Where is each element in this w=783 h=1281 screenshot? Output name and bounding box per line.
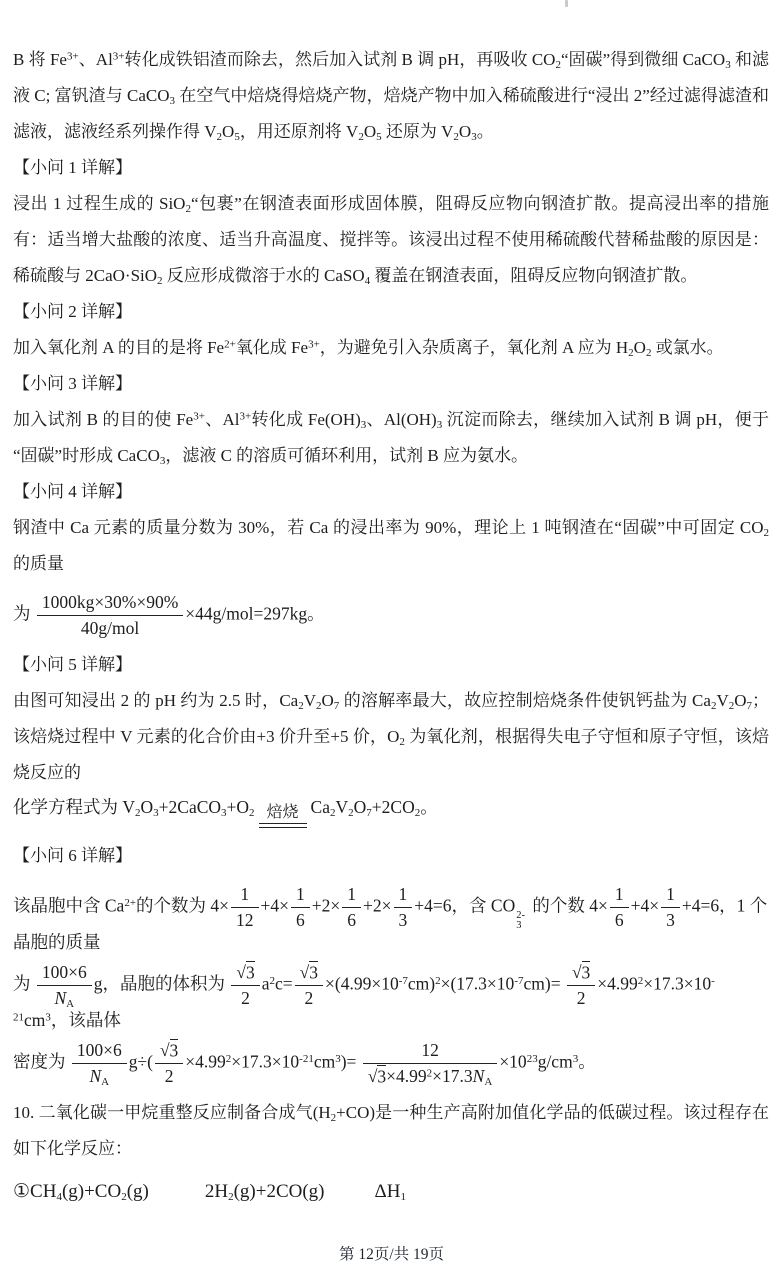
section-heading-q5: 【小问 5 详解】 — [13, 647, 769, 683]
density-formula: 密度为 100×6NAg÷(√32×4.992×17.3×10-21cm3)= … — [13, 1039, 769, 1088]
section-heading-q1: 【小问 1 详解】 — [13, 150, 769, 186]
section-body-q3: 加入试剂 B 的目的使 Fe3+、Al3+转化成 Fe(OH)3、Al(OH)3… — [13, 402, 769, 474]
section-body-q2: 加入氧化剂 A 的目的是将 Fe2+氧化成 Fe3+，为避免引入杂质离子，氧化剂… — [13, 330, 769, 366]
section-heading-q3: 【小问 3 详解】 — [13, 366, 769, 402]
mass-calculation-formula: 为 1000kg×30%×90%40g/mol×44g/mol=297kg。 — [13, 591, 769, 640]
section-body-q1: 浸出 1 过程生成的 SiO2“包裹”在钢渣表面形成固体膜，阻碍反应物向钢渣扩散… — [13, 186, 769, 294]
section-heading-q4: 【小问 4 详解】 — [13, 474, 769, 510]
section-body-q4: 钢渣中 Ca 元素的质量分数为 30%，若 Ca 的浸出率为 90%，理论上 1… — [13, 510, 769, 582]
paragraph-intro: B 将 Fe3+、Al3+转化成铁铝渣而除去，然后加入试剂 B 调 pH，再吸收… — [13, 42, 769, 150]
page-edge-artifact — [565, 0, 568, 7]
question-10-intro: 10. 二氧化碳一甲烷重整反应制备合成气(H2+CO)是一种生产高附加值化学品的… — [13, 1095, 769, 1167]
section-body-q5: 由图可知浸出 2 的 pH 约为 2.5 时，Ca2V2O7 的溶解率最大，故应… — [13, 683, 769, 791]
roasting-chemical-equation: 化学方程式为 V2O3+2CaCO3+O2焙烧Ca2V2O7+2CO2。 — [13, 797, 769, 828]
page-number-footer: 第 12页/共 19页 — [0, 1246, 783, 1265]
section-heading-q2: 【小问 2 详解】 — [13, 294, 769, 330]
section-heading-q6: 【小问 6 详解】 — [13, 838, 769, 874]
unit-cell-volume-formula: 为 100×6NAg，晶胞的体积为 √32a2c=√32×(4.99×10-7c… — [13, 961, 769, 1030]
reaction-equation-1: ①CH4(g)+CO2(g)2H2(g)+2CO(g)ΔH1 — [13, 1181, 769, 1204]
unit-cell-count-formula: 该晶胞中含 Ca2+的个数为 4×112+4×16+2×16+2×13+4=6，… — [13, 883, 769, 952]
document-page: B 将 Fe3+、Al3+转化成铁铝渣而除去，然后加入试剂 B 调 pH，再吸收… — [0, 0, 783, 1281]
